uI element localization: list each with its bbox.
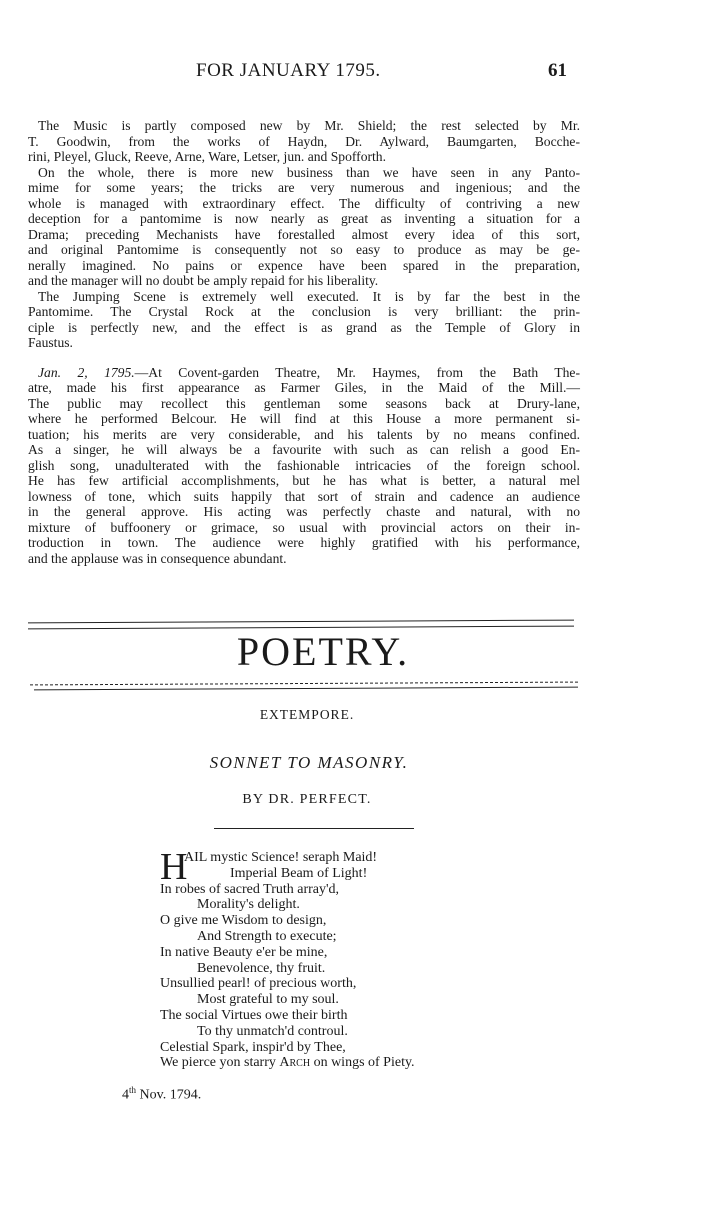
text-line: He has few artificial accomplishments, b… <box>28 473 580 489</box>
text-line: rini, Pleyel, Gluck, Reeve, Arne, Ware, … <box>28 149 580 165</box>
poem-line: Morality's delight. <box>160 897 415 913</box>
poem-line: We pierce yon starry Arch on wings of Pi… <box>160 1055 415 1071</box>
section-rule-bottom-2 <box>34 687 578 691</box>
text-line: T. Goodwin, from the works of Haydn, Dr.… <box>28 134 580 150</box>
text-line: glish song, unadulterated with the fashi… <box>28 458 580 474</box>
text-line: The Music is partly composed new by Mr. … <box>28 118 580 134</box>
poem-title-rule <box>214 828 414 829</box>
text-line: where he performed Belcour. He will find… <box>28 411 580 427</box>
text-line: nerally imagined. No pains or expence ha… <box>28 258 580 274</box>
text-line: Jan. 2, 1795.—At Covent-garden Theatre, … <box>28 365 580 381</box>
text-line: lowness of tone, which suits happily tha… <box>28 489 580 505</box>
text-line: and original Pantomime is consequently n… <box>28 242 580 258</box>
text-line: As a singer, he will always be a favouri… <box>28 442 580 458</box>
poem-line: The social Virtues owe their birth <box>160 1008 415 1024</box>
poem-body: H AIL mystic Science! seraph Maid! Imper… <box>160 850 415 1071</box>
text-line: The Jumping Scene is extremely well exec… <box>28 289 580 305</box>
poem-line: AIL mystic Science! seraph Maid! <box>160 850 415 866</box>
text-line: Drama; preceding Mechanists have foresta… <box>28 227 580 243</box>
text-line: and the manager will no doubt be amply r… <box>28 273 580 289</box>
article-body: The Music is partly composed new by Mr. … <box>28 118 580 566</box>
text-line: Pantomime. The Crystal Rock at the concl… <box>28 304 580 320</box>
text-line: deception for a pantomime is now nearly … <box>28 211 580 227</box>
poem-author: BY DR. PERFECT. <box>0 792 658 808</box>
poem-line: And Strength to execute; <box>160 929 415 945</box>
section-rule-top <box>28 620 574 624</box>
text-line: mixture of buffoonery or grimace, so usu… <box>28 520 580 536</box>
poem-line: Imperial Beam of Light! <box>160 866 415 882</box>
document-page: FOR JANUARY 1795. 61 The Music is partly… <box>0 0 702 1219</box>
date-lead: Jan. 2, 1795. <box>38 365 135 380</box>
text-line: The public may recollect this gentleman … <box>28 396 580 412</box>
poem-line: Unsullied pearl! of precious worth, <box>160 976 415 992</box>
poem-kicker: EXTEMPORE. <box>0 707 658 723</box>
text-line: in the general approve. His acting was p… <box>28 504 580 520</box>
text-line: Faustus. <box>28 335 580 351</box>
section-title: POETRY. <box>0 628 702 675</box>
page-number: 61 <box>548 60 567 82</box>
text-line: On the whole, there is more new business… <box>28 165 580 181</box>
poem-dateline: 4th Nov. 1794. <box>122 1085 201 1104</box>
poem-line: Benevolence, thy fruit. <box>160 961 415 977</box>
poem-title: SONNET TO MASONRY. <box>0 753 660 773</box>
text-line: mime for some years; the tricks are very… <box>28 180 580 196</box>
poem-line: O give me Wisdom to design, <box>160 913 415 929</box>
poem-line: Celestial Spark, inspir'd by Thee, <box>160 1040 415 1056</box>
text-line: and the applause was in consequence abun… <box>28 551 580 567</box>
drop-cap: H <box>160 851 187 883</box>
text-line: tuation; his merits are very considerabl… <box>28 427 580 443</box>
poem-line: In native Beauty e'er be mine, <box>160 945 415 961</box>
text-line: ciple is perfectly new, and the effect i… <box>28 320 580 336</box>
poem-line: In robes of sacred Truth array'd, <box>160 882 415 898</box>
poem-line: Most grateful to my soul. <box>160 992 415 1008</box>
text-line: troduction in town. The audience were hi… <box>28 535 580 551</box>
running-head: FOR JANUARY 1795. 61 <box>0 60 702 90</box>
section-rule-bottom <box>30 682 578 686</box>
running-title: FOR JANUARY 1795. <box>196 60 381 82</box>
text-line: atre, made his first appearance as Farme… <box>28 380 580 396</box>
text-line: whole is managed with extraordinary effe… <box>28 196 580 212</box>
poem-line: To thy unmatch'd controul. <box>160 1024 415 1040</box>
